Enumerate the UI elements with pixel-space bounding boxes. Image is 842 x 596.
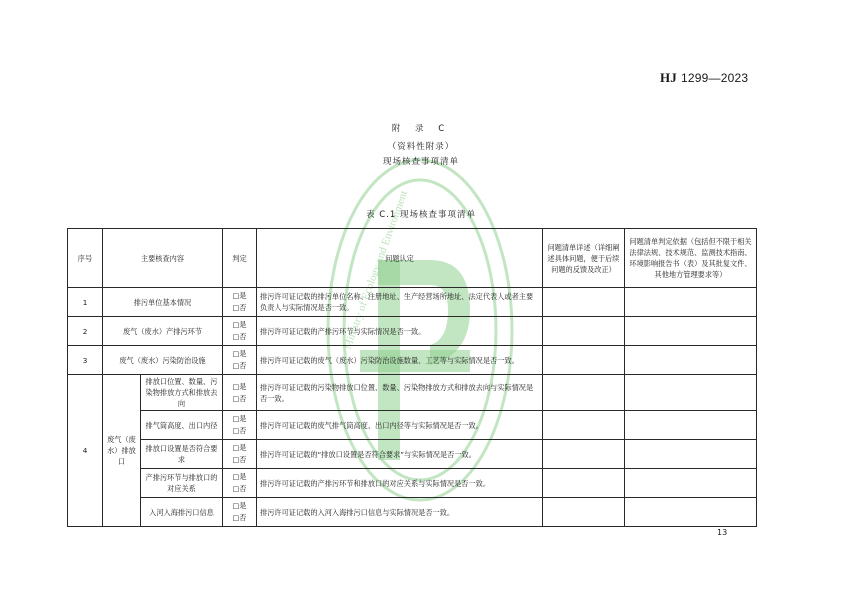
row-judge: □是□否 <box>223 469 257 498</box>
row-basis-input[interactable] <box>625 498 757 527</box>
table-row: 产排污环节与排放口的对应关系□是□否排污许可证记载的产排污环节和排放口的对应关系… <box>68 469 757 498</box>
row-issue: 排污许可证记载的产排污环节和排放口的对应关系与实际情况是否一致。 <box>257 469 543 498</box>
row-issue: 排污许可证记载的排污单位名称、注册地址、生产经营场所地址、法定代表人或者主要负责… <box>257 288 543 317</box>
row-basis-input[interactable] <box>625 411 757 440</box>
checkbox-yes[interactable]: □是 <box>226 319 253 331</box>
header-basis: 问题清单判定依据（包括但不限于相关法律法规、技术规范、监测技术指南、环境影响报告… <box>625 229 757 288</box>
row-seq: 1 <box>68 288 103 317</box>
row-detail-input[interactable] <box>543 317 625 346</box>
row-main-content: 废气（废水）污染防治设施 <box>103 346 223 375</box>
row-judge: □是□否 <box>223 440 257 469</box>
appendix-title: 附 录 C <box>0 122 842 134</box>
table-header-row: 序号 主要核查内容 判定 问题认定 问题清单详述（详细阐述具体问题，便于后续问题… <box>68 229 757 288</box>
row-judge: □是□否 <box>223 288 257 317</box>
checkbox-yes[interactable]: □是 <box>226 381 253 393</box>
row-sub-item: 产排污环节与排放口的对应关系 <box>141 469 223 498</box>
row-judge: □是□否 <box>223 317 257 346</box>
row-issue: 排污许可证记载的废气（废水）污染防治设施数量、工艺等与实际情况是否一致。 <box>257 346 543 375</box>
checkbox-yes[interactable]: □是 <box>226 348 253 360</box>
row-issue: 排污许可证记载的“排放口设置是否符合要求”与实际情况是否一致。 <box>257 440 543 469</box>
table-row: 3废气（废水）污染防治设施□是□否排污许可证记载的废气（废水）污染防治设施数量、… <box>68 346 757 375</box>
row-basis-input[interactable] <box>625 375 757 411</box>
checkbox-no[interactable]: □否 <box>226 331 253 343</box>
row-seq: 3 <box>68 346 103 375</box>
row-detail-input[interactable] <box>543 411 625 440</box>
header-seq: 序号 <box>68 229 103 288</box>
checkbox-no[interactable]: □否 <box>226 393 253 405</box>
standard-code: HJ 1299—2023 <box>660 70 748 86</box>
row-detail-input[interactable] <box>543 375 625 411</box>
table-row: 1排污单位基本情况□是□否排污许可证记载的排污单位名称、注册地址、生产经营场所地… <box>68 288 757 317</box>
row-sub-item: 入河入海排污口信息 <box>141 498 223 527</box>
checkbox-yes[interactable]: □是 <box>226 413 253 425</box>
row-sub-item: 排放口设置是否符合要求 <box>141 440 223 469</box>
row-sub-item: 排放口位置、数量、污染物排放方式和排放去向 <box>141 375 223 411</box>
row-judge: □是□否 <box>223 411 257 440</box>
row-basis-input[interactable] <box>625 317 757 346</box>
row-basis-input[interactable] <box>625 346 757 375</box>
checkbox-yes[interactable]: □是 <box>226 290 253 302</box>
checkbox-no[interactable]: □否 <box>226 425 253 437</box>
checkbox-no[interactable]: □否 <box>226 512 253 524</box>
checklist-table: 序号 主要核查内容 判定 问题认定 问题清单详述（详细阐述具体问题，便于后续问题… <box>67 228 757 527</box>
table-row: 2废气（废水）产排污环节□是□否排污许可证记载的产排污环节与实际情况是否一致。 <box>68 317 757 346</box>
row-basis-input[interactable] <box>625 440 757 469</box>
table-caption: 表 C.1 现场核查事项清单 <box>0 208 842 220</box>
header-main: 主要核查内容 <box>103 229 223 288</box>
row-issue: 排污许可证记载的入河入海排污口信息与实际情况是否一致。 <box>257 498 543 527</box>
table-row: 4废气（废水）排放口排放口位置、数量、污染物排放方式和排放去向□是□否排污许可证… <box>68 375 757 411</box>
appendix-name: 现场核查事项清单 <box>0 155 842 167</box>
row-main-content: 排污单位基本情况 <box>103 288 223 317</box>
standard-number: 1299—2023 <box>681 71 748 85</box>
row-detail-input[interactable] <box>543 346 625 375</box>
row-sub-item: 排气筒高度、出口内径 <box>141 411 223 440</box>
row-issue: 排污许可证记载的产排污环节与实际情况是否一致。 <box>257 317 543 346</box>
row-detail-input[interactable] <box>543 288 625 317</box>
table-row: 入河入海排污口信息□是□否排污许可证记载的入河入海排污口信息与实际情况是否一致。 <box>68 498 757 527</box>
checkbox-no[interactable]: □否 <box>226 302 253 314</box>
checkbox-no[interactable]: □否 <box>226 454 253 466</box>
appendix-type: （资料性附录） <box>0 140 842 152</box>
header-judge: 判定 <box>223 229 257 288</box>
row-issue: 排污许可证记载的污染物排放口位置、数量、污染物排放方式和排放去向与实际情况是否一… <box>257 375 543 411</box>
row-judge: □是□否 <box>223 346 257 375</box>
row-seq: 2 <box>68 317 103 346</box>
table-row: 排气筒高度、出口内径□是□否排污许可证记载的废气排气筒高度、出口内径等与实际情况… <box>68 411 757 440</box>
header-issue: 问题认定 <box>257 229 543 288</box>
row-judge: □是□否 <box>223 498 257 527</box>
table-row: 排放口设置是否符合要求□是□否排污许可证记载的“排放口设置是否符合要求”与实际情… <box>68 440 757 469</box>
row-seq: 4 <box>68 375 103 527</box>
row-detail-input[interactable] <box>543 440 625 469</box>
checkbox-yes[interactable]: □是 <box>226 500 253 512</box>
row-basis-input[interactable] <box>625 469 757 498</box>
row-category: 废气（废水）排放口 <box>103 375 141 527</box>
row-detail-input[interactable] <box>543 498 625 527</box>
row-judge: □是□否 <box>223 375 257 411</box>
row-basis-input[interactable] <box>625 288 757 317</box>
checkbox-no[interactable]: □否 <box>226 483 253 495</box>
page-number: 13 <box>717 528 727 537</box>
checkbox-no[interactable]: □否 <box>226 360 253 372</box>
header-detail: 问题清单详述（详细阐述具体问题，便于后续问题的反馈及改正） <box>543 229 625 288</box>
checkbox-yes[interactable]: □是 <box>226 471 253 483</box>
row-detail-input[interactable] <box>543 469 625 498</box>
row-issue: 排污许可证记载的废气排气筒高度、出口内径等与实际情况是否一致。 <box>257 411 543 440</box>
row-main-content: 废气（废水）产排污环节 <box>103 317 223 346</box>
checkbox-yes[interactable]: □是 <box>226 442 253 454</box>
standard-prefix: HJ <box>660 70 677 85</box>
